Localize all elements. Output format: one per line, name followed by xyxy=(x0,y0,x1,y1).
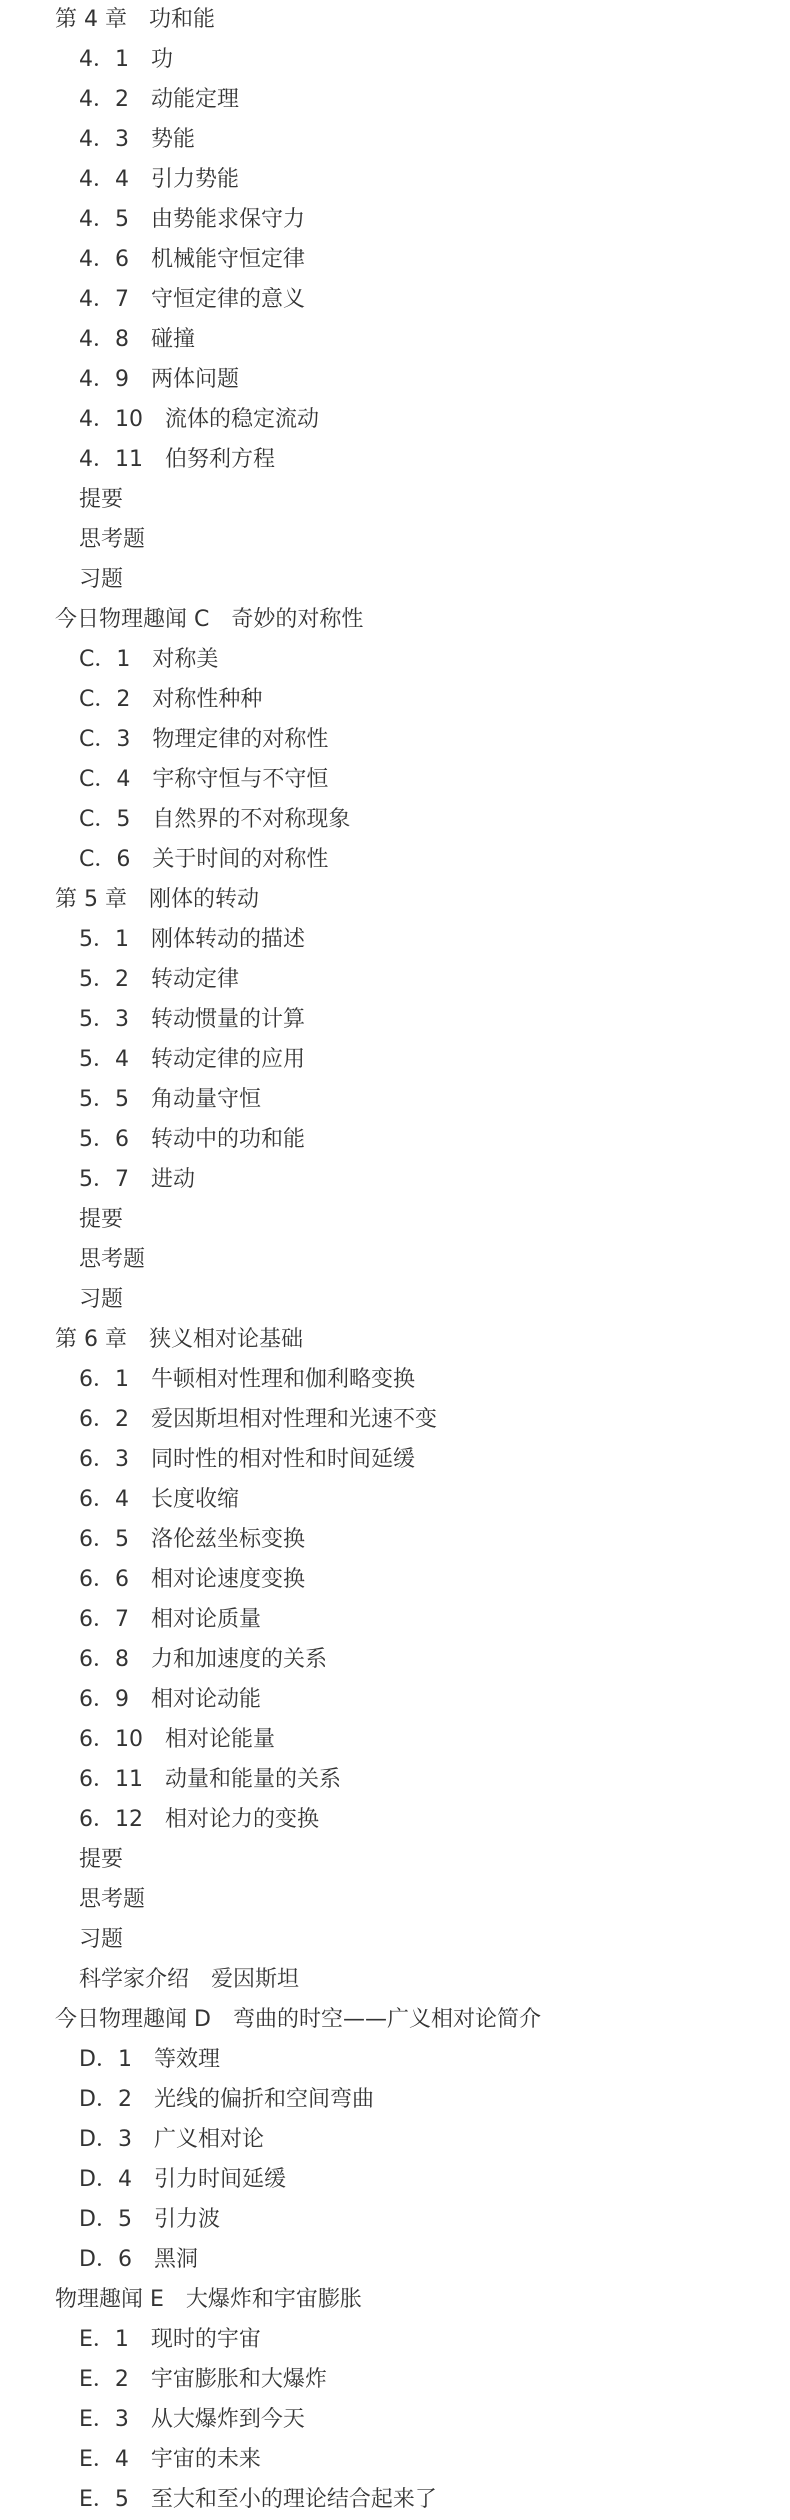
toc-entry-number: C．5 xyxy=(79,800,130,840)
toc-entry-title: 习题 xyxy=(79,567,123,592)
toc-entry-number: 6．6 xyxy=(79,1560,129,1600)
toc-section[interactable]: 4．7守恒定律的意义 xyxy=(0,280,790,320)
toc-section[interactable]: D．3广义相对论 xyxy=(0,2120,790,2160)
toc-section[interactable]: 5．6转动中的功和能 xyxy=(0,1120,790,1160)
toc-entry-number: 今日物理趣闻 D xyxy=(55,2000,211,2040)
toc-section[interactable]: C．4宇称守恒与不守恒 xyxy=(0,760,790,800)
toc-section[interactable]: D．4引力时间延缓 xyxy=(0,2160,790,2200)
toc-entry-number: 第 6 章 xyxy=(55,1320,127,1360)
toc-entry-number: D．2 xyxy=(79,2080,132,2120)
table-of-contents: 第 4 章功和能 4．1功 4．2动能定理 4．3势能 4．4引力势能 4．5由… xyxy=(0,0,790,2520)
toc-entry-number: 4．8 xyxy=(79,320,129,360)
toc-entry-title: 机械能守恒定律 xyxy=(151,247,305,272)
toc-entry-number: C．4 xyxy=(79,760,130,800)
toc-section[interactable]: 4．9两体问题 xyxy=(0,360,790,400)
toc-section[interactable]: D．2光线的偏折和空间弯曲 xyxy=(0,2080,790,2120)
toc-entry-number: 4．5 xyxy=(79,200,129,240)
toc-entry-number: 4．7 xyxy=(79,280,129,320)
toc-section[interactable]: 思考题 xyxy=(0,520,790,560)
toc-entry-title: 等效理 xyxy=(154,2047,220,2072)
toc-section[interactable]: 提要 xyxy=(0,480,790,520)
toc-entry-number: 5．4 xyxy=(79,1040,129,1080)
toc-section[interactable]: 4．11伯努利方程 xyxy=(0,440,790,480)
toc-entry-number: 6．3 xyxy=(79,1440,129,1480)
toc-entry-number: E．2 xyxy=(79,2360,129,2400)
toc-entry-title: 至大和至小的理论结合起来了 xyxy=(151,2487,437,2512)
toc-entry-number: 今日物理趣闻 C xyxy=(55,600,209,640)
toc-entry-title: 大爆炸和宇宙膨胀 xyxy=(186,2287,362,2312)
toc-section[interactable]: C．2对称性种种 xyxy=(0,680,790,720)
toc-entry-number: C．1 xyxy=(79,640,130,680)
toc-entry-number: 4．4 xyxy=(79,160,129,200)
toc-entry-title: 思考题 xyxy=(79,527,145,552)
toc-entry-title: 洛伦兹坐标变换 xyxy=(151,1527,305,1552)
toc-entry-number: D．6 xyxy=(79,2240,132,2280)
toc-entry-number: D．4 xyxy=(79,2160,132,2200)
toc-section[interactable]: 6．2爱因斯坦相对性理和光速不变 xyxy=(0,1400,790,1440)
toc-section[interactable]: 4．10流体的稳定流动 xyxy=(0,400,790,440)
toc-section[interactable]: 5．7进动 xyxy=(0,1160,790,1200)
toc-section[interactable]: E．2宇宙膨胀和大爆炸 xyxy=(0,2360,790,2400)
toc-entry-title: 刚体的转动 xyxy=(149,887,259,912)
toc-section[interactable]: 习题 xyxy=(0,1920,790,1960)
toc-section[interactable]: 4．6机械能守恒定律 xyxy=(0,240,790,280)
toc-entry-number: 6．10 xyxy=(79,1720,143,1760)
toc-entry-title: 相对论质量 xyxy=(151,1607,261,1632)
toc-entry-title: 思考题 xyxy=(79,1887,145,1912)
toc-section[interactable]: 6．10相对论能量 xyxy=(0,1720,790,1760)
toc-entry-title: 两体问题 xyxy=(151,367,239,392)
toc-entry-number: 6．8 xyxy=(79,1640,129,1680)
toc-entry-number: 科学家介绍 xyxy=(79,1960,189,2000)
toc-entry-title: 由势能求保守力 xyxy=(151,207,305,232)
toc-section[interactable]: 习题 xyxy=(0,1280,790,1320)
toc-entry-number: 6．7 xyxy=(79,1600,129,1640)
toc-entry-title: 刚体转动的描述 xyxy=(151,927,305,952)
toc-section[interactable]: D．5引力波 xyxy=(0,2200,790,2240)
toc-entry-title: 功 xyxy=(151,47,173,72)
toc-section[interactable]: D．1等效理 xyxy=(0,2040,790,2080)
toc-section[interactable]: 4．4引力势能 xyxy=(0,160,790,200)
toc-entry-number: 5．3 xyxy=(79,1000,129,1040)
toc-section[interactable]: E．4宇宙的未来 xyxy=(0,2440,790,2480)
toc-section[interactable]: C．1对称美 xyxy=(0,640,790,680)
toc-chapter[interactable]: 今日物理趣闻 C奇妙的对称性 xyxy=(0,600,790,640)
toc-section[interactable]: 思考题 xyxy=(0,1880,790,1920)
toc-section[interactable]: 科学家介绍爱因斯坦 xyxy=(0,1960,790,2000)
toc-section[interactable]: 4．5由势能求保守力 xyxy=(0,200,790,240)
toc-entry-title: 流体的稳定流动 xyxy=(165,407,319,432)
toc-entry-title: 相对论速度变换 xyxy=(151,1567,305,1592)
toc-entry-number: E．4 xyxy=(79,2440,129,2480)
toc-section[interactable]: 6．9相对论动能 xyxy=(0,1680,790,1720)
toc-entry-title: 伯努利方程 xyxy=(165,447,275,472)
toc-entry-number: 5．1 xyxy=(79,920,129,960)
toc-entry-number: 6．11 xyxy=(79,1760,143,1800)
toc-entry-title: 转动惯量的计算 xyxy=(151,1007,305,1032)
toc-section[interactable]: 提要 xyxy=(0,1840,790,1880)
toc-entry-title: 同时性的相对性和时间延缓 xyxy=(151,1447,415,1472)
toc-section[interactable]: 6．8力和加速度的关系 xyxy=(0,1640,790,1680)
toc-entry-title: 功和能 xyxy=(149,7,215,32)
toc-entry-title: 现时的宇宙 xyxy=(151,2327,261,2352)
toc-section[interactable]: E．1现时的宇宙 xyxy=(0,2320,790,2360)
toc-entry-title: 相对论能量 xyxy=(165,1727,275,1752)
toc-section[interactable]: 5．3转动惯量的计算 xyxy=(0,1000,790,1040)
toc-section[interactable]: 6．3同时性的相对性和时间延缓 xyxy=(0,1440,790,1480)
toc-entry-title: 相对论力的变换 xyxy=(165,1807,319,1832)
toc-entry-number: E．1 xyxy=(79,2320,129,2360)
toc-entry-number: 4．11 xyxy=(79,440,143,480)
toc-section[interactable]: 思考题 xyxy=(0,1240,790,1280)
toc-entry-title: 动量和能量的关系 xyxy=(165,1767,341,1792)
toc-section[interactable]: 5．4转动定律的应用 xyxy=(0,1040,790,1080)
toc-entry-number: 6．4 xyxy=(79,1480,129,1520)
toc-entry-number: E．5 xyxy=(79,2480,129,2520)
toc-entry-number: 4．9 xyxy=(79,360,129,400)
toc-entry-title: 物理定律的对称性 xyxy=(152,727,328,752)
toc-entry-title: 对称美 xyxy=(152,647,218,672)
toc-section[interactable]: 习题 xyxy=(0,560,790,600)
toc-entry-number: 4．3 xyxy=(79,120,129,160)
toc-entry-number: 第 5 章 xyxy=(55,880,127,920)
toc-entry-title: 引力势能 xyxy=(151,167,239,192)
toc-entry-number: C．3 xyxy=(79,720,130,760)
toc-entry-title: 宇宙的未来 xyxy=(151,2447,261,2472)
toc-chapter[interactable]: 第 6 章狭义相对论基础 xyxy=(0,1320,790,1360)
toc-entry-number: 6．9 xyxy=(79,1680,129,1720)
toc-entry-number: 5．7 xyxy=(79,1160,129,1200)
toc-entry-title: 宇宙膨胀和大爆炸 xyxy=(151,2367,327,2392)
toc-entry-title: 长度收缩 xyxy=(151,1487,239,1512)
toc-entry-title: 碰撞 xyxy=(151,327,195,352)
toc-chapter[interactable]: 今日物理趣闻 D弯曲的时空——广义相对论简介 xyxy=(0,2000,790,2040)
toc-section[interactable]: 4．2动能定理 xyxy=(0,80,790,120)
toc-section[interactable]: 6．1牛顿相对性理和伽利略变换 xyxy=(0,1360,790,1400)
toc-entry-title: 奇妙的对称性 xyxy=(231,607,363,632)
toc-entry-title: 自然界的不对称现象 xyxy=(152,807,350,832)
toc-entry-title: 引力时间延缓 xyxy=(154,2167,286,2192)
toc-entry-title: 黑洞 xyxy=(154,2247,198,2272)
toc-chapter[interactable]: 第 4 章功和能 xyxy=(0,0,790,40)
toc-section[interactable]: 4．3势能 xyxy=(0,120,790,160)
toc-entry-title: 宇称守恒与不守恒 xyxy=(152,767,328,792)
toc-section[interactable]: 6．11动量和能量的关系 xyxy=(0,1760,790,1800)
toc-entry-title: 牛顿相对性理和伽利略变换 xyxy=(151,1367,415,1392)
toc-section[interactable]: 5．1刚体转动的描述 xyxy=(0,920,790,960)
toc-entry-number: 物理趣闻 E xyxy=(55,2280,164,2320)
toc-entry-number: C．6 xyxy=(79,840,130,880)
toc-entry-number: 5．2 xyxy=(79,960,129,1000)
toc-entry-title: 思考题 xyxy=(79,1247,145,1272)
toc-section[interactable]: C．5自然界的不对称现象 xyxy=(0,800,790,840)
toc-section[interactable]: 6．12相对论力的变换 xyxy=(0,1800,790,1840)
toc-entry-number: 5．5 xyxy=(79,1080,129,1120)
toc-entry-number: 6．12 xyxy=(79,1800,143,1840)
toc-entry-title: 动能定理 xyxy=(151,87,239,112)
toc-entry-number: 6．1 xyxy=(79,1360,129,1400)
toc-entry-number: 6．2 xyxy=(79,1400,129,1440)
toc-entry-title: 转动定律的应用 xyxy=(151,1047,305,1072)
toc-section[interactable]: C．6关于时间的对称性 xyxy=(0,840,790,880)
toc-entry-number: 4．10 xyxy=(79,400,143,440)
toc-entry-title: 狭义相对论基础 xyxy=(149,1327,303,1352)
toc-entry-title: 关于时间的对称性 xyxy=(152,847,328,872)
toc-entry-title: 相对论动能 xyxy=(151,1687,261,1712)
toc-section[interactable]: E．3从大爆炸到今天 xyxy=(0,2400,790,2440)
toc-section[interactable]: E．5至大和至小的理论结合起来了 xyxy=(0,2480,790,2520)
toc-entry-title: 提要 xyxy=(79,1847,123,1872)
toc-section[interactable]: 4．8碰撞 xyxy=(0,320,790,360)
toc-entry-title: 转动定律 xyxy=(151,967,239,992)
toc-section[interactable]: 6．5洛伦兹坐标变换 xyxy=(0,1520,790,1560)
toc-entry-number: 4．1 xyxy=(79,40,129,80)
toc-entry-number: D．3 xyxy=(79,2120,132,2160)
toc-entry-title: 广义相对论 xyxy=(154,2127,264,2152)
toc-entry-title: 光线的偏折和空间弯曲 xyxy=(154,2087,374,2112)
toc-entry-title: 从大爆炸到今天 xyxy=(151,2407,305,2432)
toc-entry-title: 提要 xyxy=(79,487,123,512)
toc-entry-number: D．1 xyxy=(79,2040,132,2080)
toc-entry-title: 转动中的功和能 xyxy=(151,1127,305,1152)
toc-entry-number: C．2 xyxy=(79,680,130,720)
toc-entry-title: 提要 xyxy=(79,1207,123,1232)
toc-section[interactable]: 6．7相对论质量 xyxy=(0,1600,790,1640)
toc-section[interactable]: 4．1功 xyxy=(0,40,790,80)
toc-section[interactable]: 6．6相对论速度变换 xyxy=(0,1560,790,1600)
toc-entry-title: 对称性种种 xyxy=(152,687,262,712)
toc-entry-title: 进动 xyxy=(151,1167,195,1192)
toc-entry-title: 习题 xyxy=(79,1927,123,1952)
toc-chapter[interactable]: 第 5 章刚体的转动 xyxy=(0,880,790,920)
toc-entry-title: 习题 xyxy=(79,1287,123,1312)
toc-section[interactable]: 6．4长度收缩 xyxy=(0,1480,790,1520)
toc-section[interactable]: 5．5角动量守恒 xyxy=(0,1080,790,1120)
toc-section[interactable]: D．6黑洞 xyxy=(0,2240,790,2280)
toc-entry-title: 引力波 xyxy=(154,2207,220,2232)
toc-entry-number: 4．6 xyxy=(79,240,129,280)
toc-section[interactable]: C．3物理定律的对称性 xyxy=(0,720,790,760)
toc-entry-title: 守恒定律的意义 xyxy=(151,287,305,312)
toc-chapter[interactable]: 物理趣闻 E大爆炸和宇宙膨胀 xyxy=(0,2280,790,2320)
toc-section[interactable]: 5．2转动定律 xyxy=(0,960,790,1000)
toc-entry-number: 6．5 xyxy=(79,1520,129,1560)
toc-entry-title: 弯曲的时空——广义相对论简介 xyxy=(233,2007,541,2032)
toc-entry-number: 5．6 xyxy=(79,1120,129,1160)
toc-entry-number: 4．2 xyxy=(79,80,129,120)
toc-entry-number: E．3 xyxy=(79,2400,129,2440)
toc-entry-number: D．5 xyxy=(79,2200,132,2240)
toc-entry-number: 第 4 章 xyxy=(55,0,127,40)
toc-entry-title: 爱因斯坦 xyxy=(211,1967,299,1992)
toc-entry-title: 角动量守恒 xyxy=(151,1087,261,1112)
toc-entry-title: 爱因斯坦相对性理和光速不变 xyxy=(151,1407,437,1432)
toc-entry-title: 势能 xyxy=(151,127,195,152)
toc-entry-title: 力和加速度的关系 xyxy=(151,1647,327,1672)
toc-section[interactable]: 提要 xyxy=(0,1200,790,1240)
